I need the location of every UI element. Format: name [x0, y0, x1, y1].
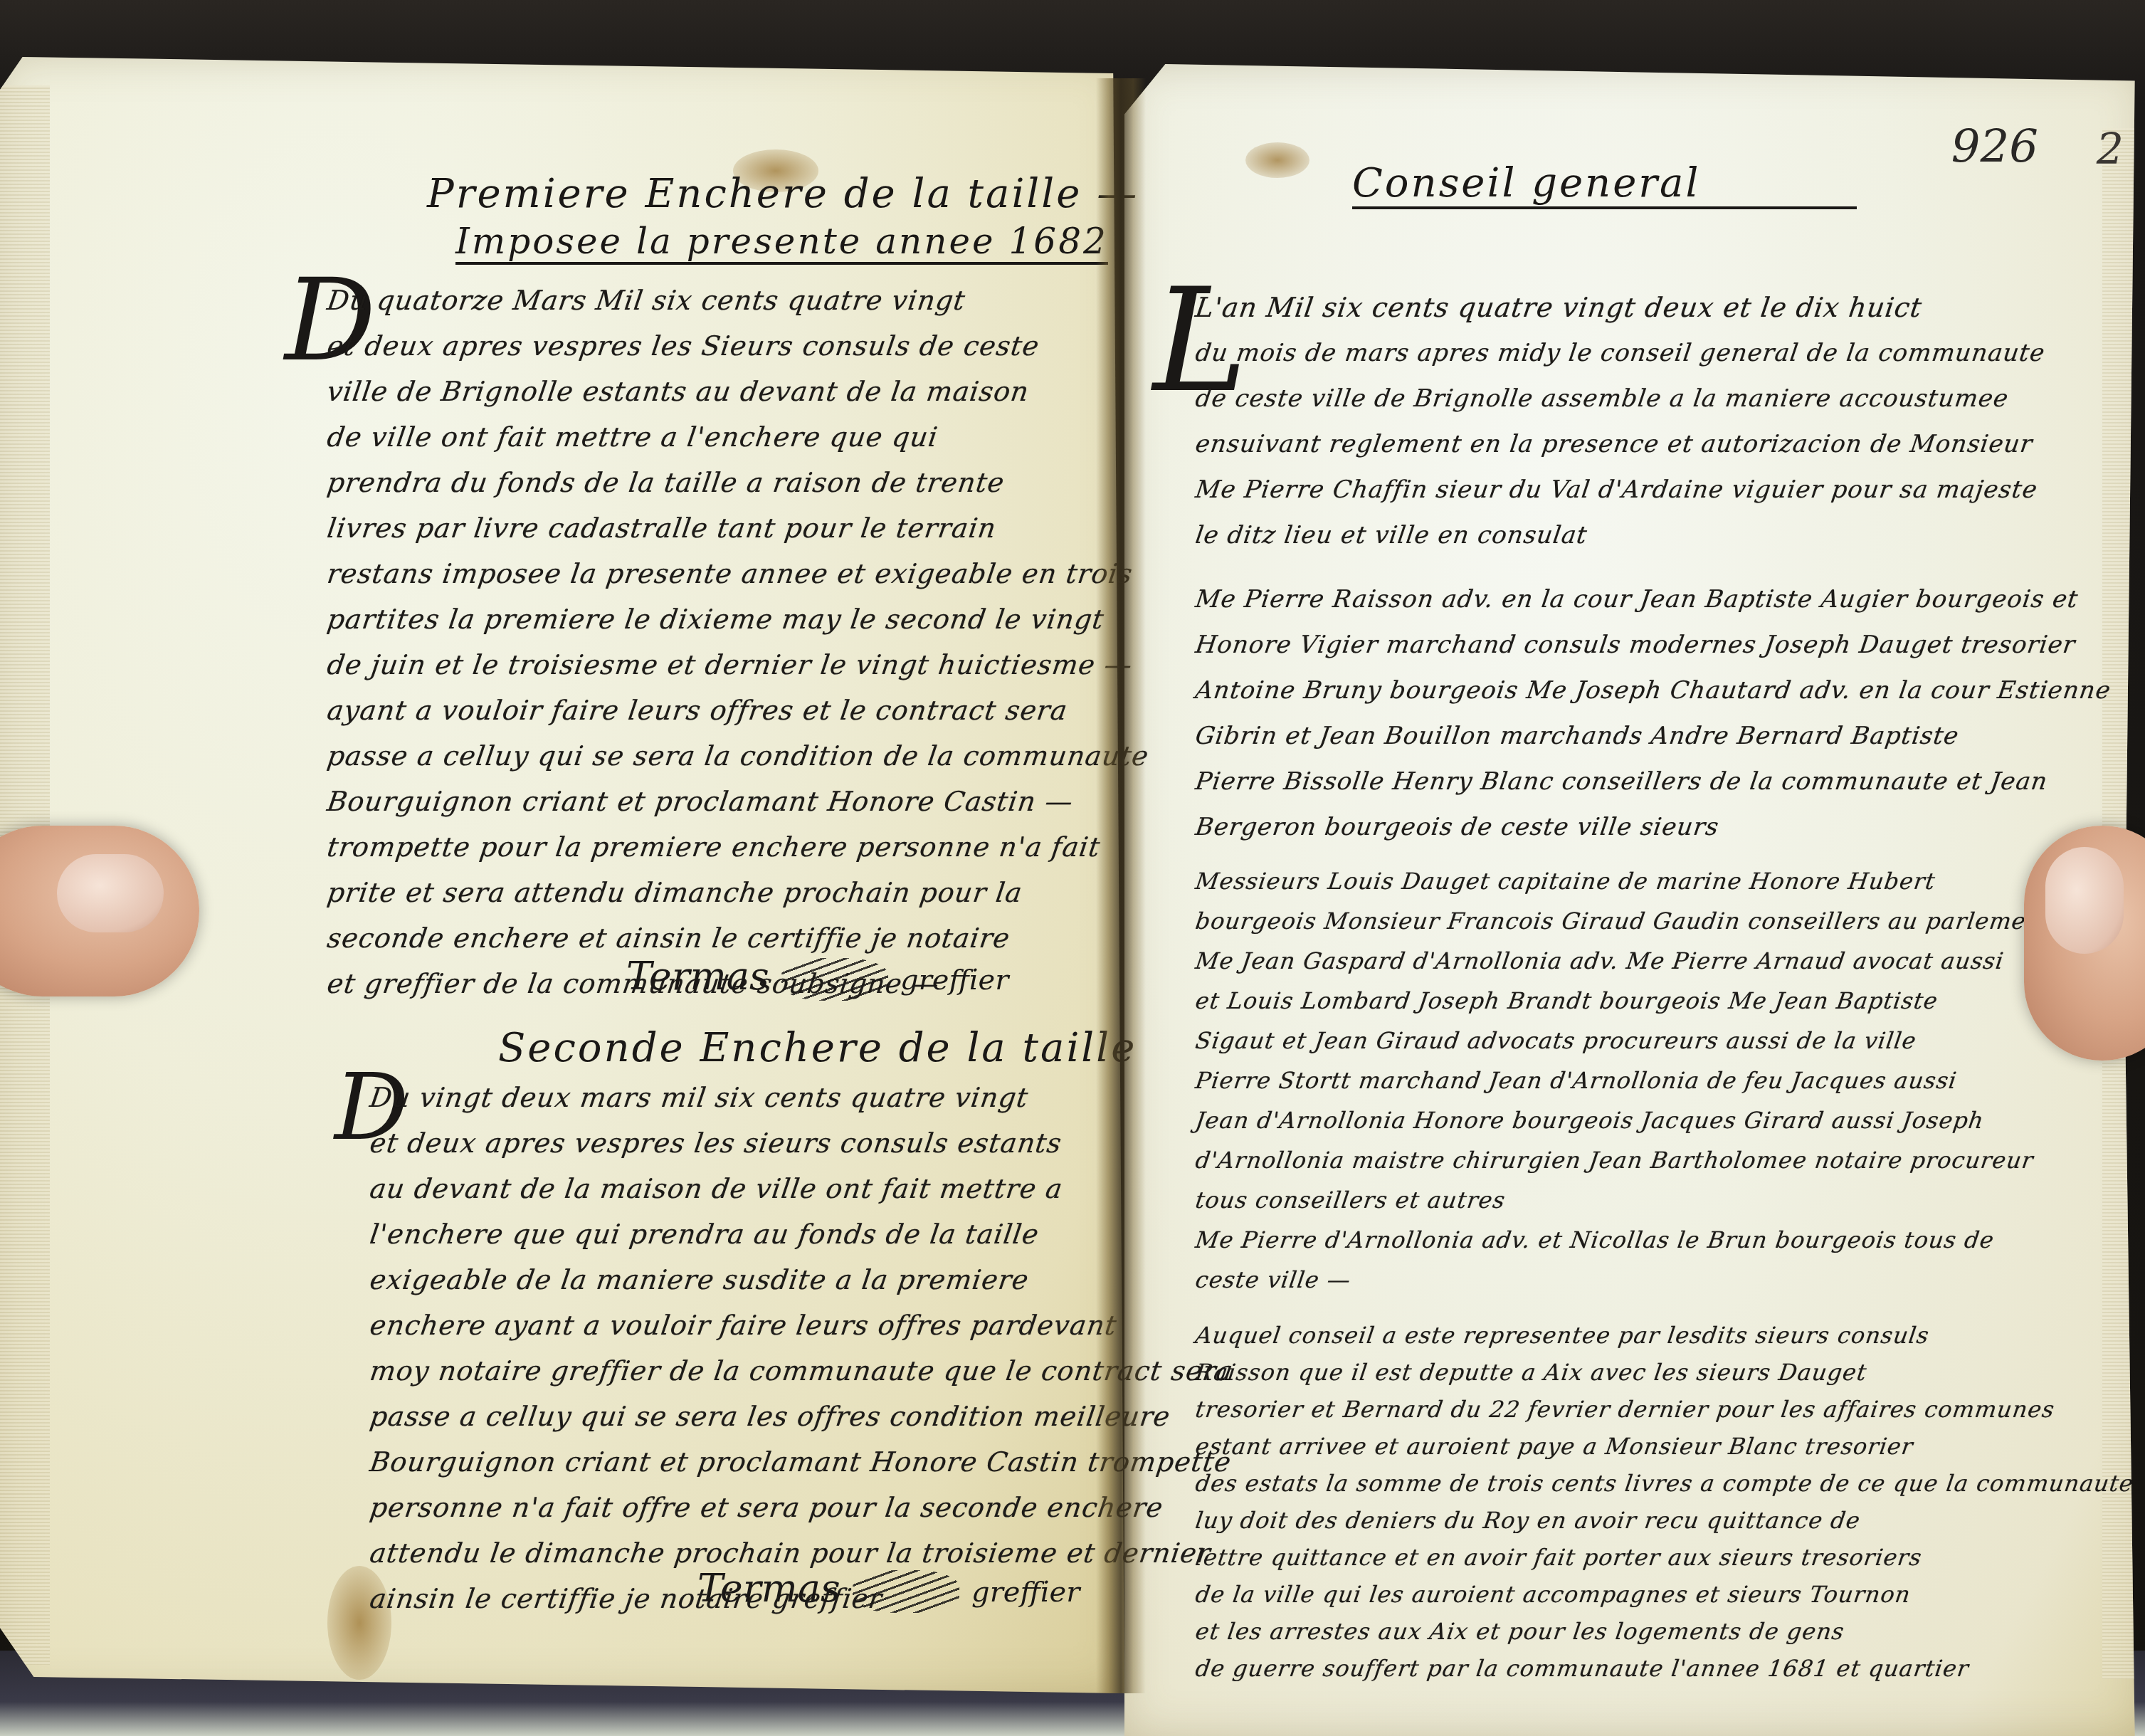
- manuscript-line: personne n'a fait offre et sera pour la …: [367, 1485, 1171, 1530]
- book-gutter: [1096, 78, 1146, 1693]
- signature-name: Termas: [697, 1566, 840, 1611]
- manuscript-line: L'an Mil six cents quatre vingt deux et …: [1193, 285, 2110, 330]
- thumbnail: [57, 854, 164, 932]
- manuscript-line: partites la premiere le dixieme may le s…: [325, 596, 1128, 642]
- corner-mark: 2: [2097, 125, 2124, 174]
- left-paragraph-2: Du vingt deux mars mil six cents quatre …: [370, 1075, 1167, 1621]
- manuscript-line: Pierre Bissolle Henry Blanc conseillers …: [1193, 759, 2110, 804]
- manuscript-line: tresorier et Bernard du 22 fevrier derni…: [1193, 1391, 2109, 1428]
- left-heading-2: Seconde Enchere de la taille: [498, 1025, 1137, 1071]
- manuscript-line: Messieurs Louis Dauget capitaine de mari…: [1193, 861, 2109, 901]
- manuscript-line: Raisson que il est deputte a Aix avec le…: [1193, 1354, 2109, 1391]
- manuscript-line: livres par livre cadastralle tant pour l…: [325, 505, 1128, 551]
- signature-title: greffier: [900, 964, 1008, 996]
- manuscript-line: Du quatorze Mars Mil six cents quatre vi…: [325, 278, 1128, 323]
- manuscript-line: de guerre souffert par la communaute l'a…: [1193, 1650, 2109, 1687]
- manuscript-line: Me Pierre Raisson adv. en la cour Jean B…: [1193, 577, 2110, 622]
- manuscript-line: Me Pierre d'Arnollonia adv. et Nicollas …: [1193, 1220, 2109, 1260]
- manuscript-line: et Louis Lombard Joseph Brandt bourgeois…: [1193, 981, 2109, 1021]
- manuscript-line: passe a celluy qui se sera les offres co…: [367, 1394, 1171, 1439]
- manuscript-line: du mois de mars apres midy le conseil ge…: [1193, 330, 2110, 376]
- manuscript-line: au devant de la maison de ville ont fait…: [367, 1166, 1171, 1211]
- manuscript-line: l'enchere que qui prendra au fonds de la…: [367, 1211, 1171, 1257]
- right-heading: Conseil general: [1352, 160, 1857, 209]
- manuscript-line: ayant a vouloir faire leurs offres et le…: [325, 688, 1128, 733]
- signature-flourish: [781, 958, 888, 1001]
- right-thumb: [2024, 826, 2145, 1061]
- manuscript-line: prendra du fonds de la taille a raison d…: [325, 460, 1128, 505]
- right-paragraph-2: Me Pierre Raisson adv. en la cour Jean B…: [1196, 577, 2107, 850]
- manuscript-line: ceste ville —: [1193, 1260, 2109, 1300]
- manuscript-line: moy notaire greffier de la communaute qu…: [367, 1348, 1171, 1394]
- manuscript-line: Me Jean Gaspard d'Arnollonia adv. Me Pie…: [1193, 941, 2109, 981]
- manuscript-line: exigeable de la maniere susdite a la pre…: [367, 1257, 1171, 1303]
- manuscript-line: Sigaut et Jean Giraud advocats procureur…: [1193, 1021, 2109, 1061]
- left-thumb: [0, 826, 199, 996]
- manuscript-line: luy doit des deniers du Roy en avoir rec…: [1193, 1502, 2109, 1539]
- signature-name: Termas: [626, 954, 769, 999]
- manuscript-line: trompette pour la premiere enchere perso…: [325, 824, 1128, 870]
- left-heading-line1: Premiere Enchere de la taille —: [427, 171, 1139, 217]
- right-paragraph-1: L'an Mil six cents quatre vingt deux et …: [1196, 285, 2107, 558]
- right-paragraph-4: Auquel conseil a este representee par le…: [1196, 1317, 2107, 1687]
- manuscript-line: estant arrivee et auroient paye a Monsie…: [1193, 1428, 2109, 1465]
- manuscript-line: Auquel conseil a este representee par le…: [1193, 1317, 2109, 1354]
- manuscript-line: de ceste ville de Brignolle assemble a l…: [1193, 376, 2110, 421]
- manuscript-line: restans imposee la presente annee et exi…: [325, 551, 1128, 596]
- manuscript-line: Pierre Stortt marchand Jean d'Arnollonia…: [1193, 1061, 2109, 1100]
- folio-number: 926: [1951, 121, 2038, 174]
- manuscript-line: bourgeois Monsieur Francois Giraud Gaudi…: [1193, 901, 2109, 941]
- manuscript-line: Bourguignon criant et proclamant Honore …: [325, 779, 1128, 824]
- manuscript-line: et deux apres vespres les sieurs consuls…: [367, 1120, 1171, 1166]
- thumbnail: [2045, 847, 2124, 954]
- manuscript-line: et deux apres vespres les Sieurs consuls…: [325, 323, 1128, 369]
- manuscript-line: de ville ont fait mettre a l'enchere que…: [325, 414, 1128, 460]
- manuscript-line: passe a celluy qui se sera la condition …: [325, 733, 1128, 779]
- manuscript-line: enchere ayant a vouloir faire leurs offr…: [367, 1303, 1171, 1348]
- left-heading-line2: Imposee la presente annee 1682: [455, 221, 1108, 265]
- manuscript-line: tous conseillers et autres: [1193, 1180, 2109, 1220]
- manuscript-line: Me Pierre Chaffin sieur du Val d'Ardaine…: [1193, 467, 2110, 512]
- manuscript-line: Bourguignon criant et proclamant Honore …: [367, 1439, 1171, 1485]
- manuscript-line: Antoine Bruny bourgeois Me Joseph Chauta…: [1193, 668, 2110, 713]
- manuscript-line: de la ville qui les auroient accompagnes…: [1193, 1576, 2109, 1613]
- manuscript-line: des estats la somme de trois cents livre…: [1193, 1465, 2109, 1502]
- paper-stain: [1245, 142, 1309, 178]
- manuscript-line: et les arrestes aux Aix et pour les loge…: [1193, 1613, 2109, 1650]
- manuscript-line: le ditz lieu et ville en consulat: [1193, 512, 2110, 558]
- signature-flourish: [853, 1570, 959, 1613]
- manuscript-line: Du vingt deux mars mil six cents quatre …: [367, 1075, 1171, 1120]
- manuscript-line: Bergeron bourgeois de ceste ville sieurs: [1193, 804, 2110, 850]
- right-paragraph-3: Messieurs Louis Dauget capitaine de mari…: [1196, 861, 2107, 1300]
- signature-title: greffier: [971, 1576, 1080, 1609]
- manuscript-line: ville de Brignolle estants au devant de …: [325, 369, 1128, 414]
- manuscript-line: Jean d'Arnollonia Honore bourgeois Jacqu…: [1193, 1100, 2109, 1140]
- manuscript-line: prite et sera attendu dimanche prochain …: [325, 870, 1128, 915]
- manuscript-line: de juin et le troisiesme et dernier le v…: [325, 642, 1128, 688]
- manuscript-line: ensuivant reglement en la presence et au…: [1193, 421, 2110, 467]
- signature-block-1: Termas greffier: [626, 954, 1008, 1001]
- manuscript-line: lettre quittance et en avoir fait porter…: [1193, 1539, 2109, 1576]
- left-paragraph-1: Du quatorze Mars Mil six cents quatre vi…: [327, 278, 1124, 1006]
- open-manuscript-book: Premiere Enchere de la taille — Imposee …: [0, 36, 2145, 1736]
- manuscript-line: Honore Vigier marchand consuls modernes …: [1193, 622, 2110, 668]
- signature-block-2: Termas greffier: [697, 1566, 1080, 1613]
- manuscript-line: d'Arnollonia maistre chirurgien Jean Bar…: [1193, 1140, 2109, 1180]
- manuscript-line: Gibrin et Jean Bouillon marchands Andre …: [1193, 713, 2110, 759]
